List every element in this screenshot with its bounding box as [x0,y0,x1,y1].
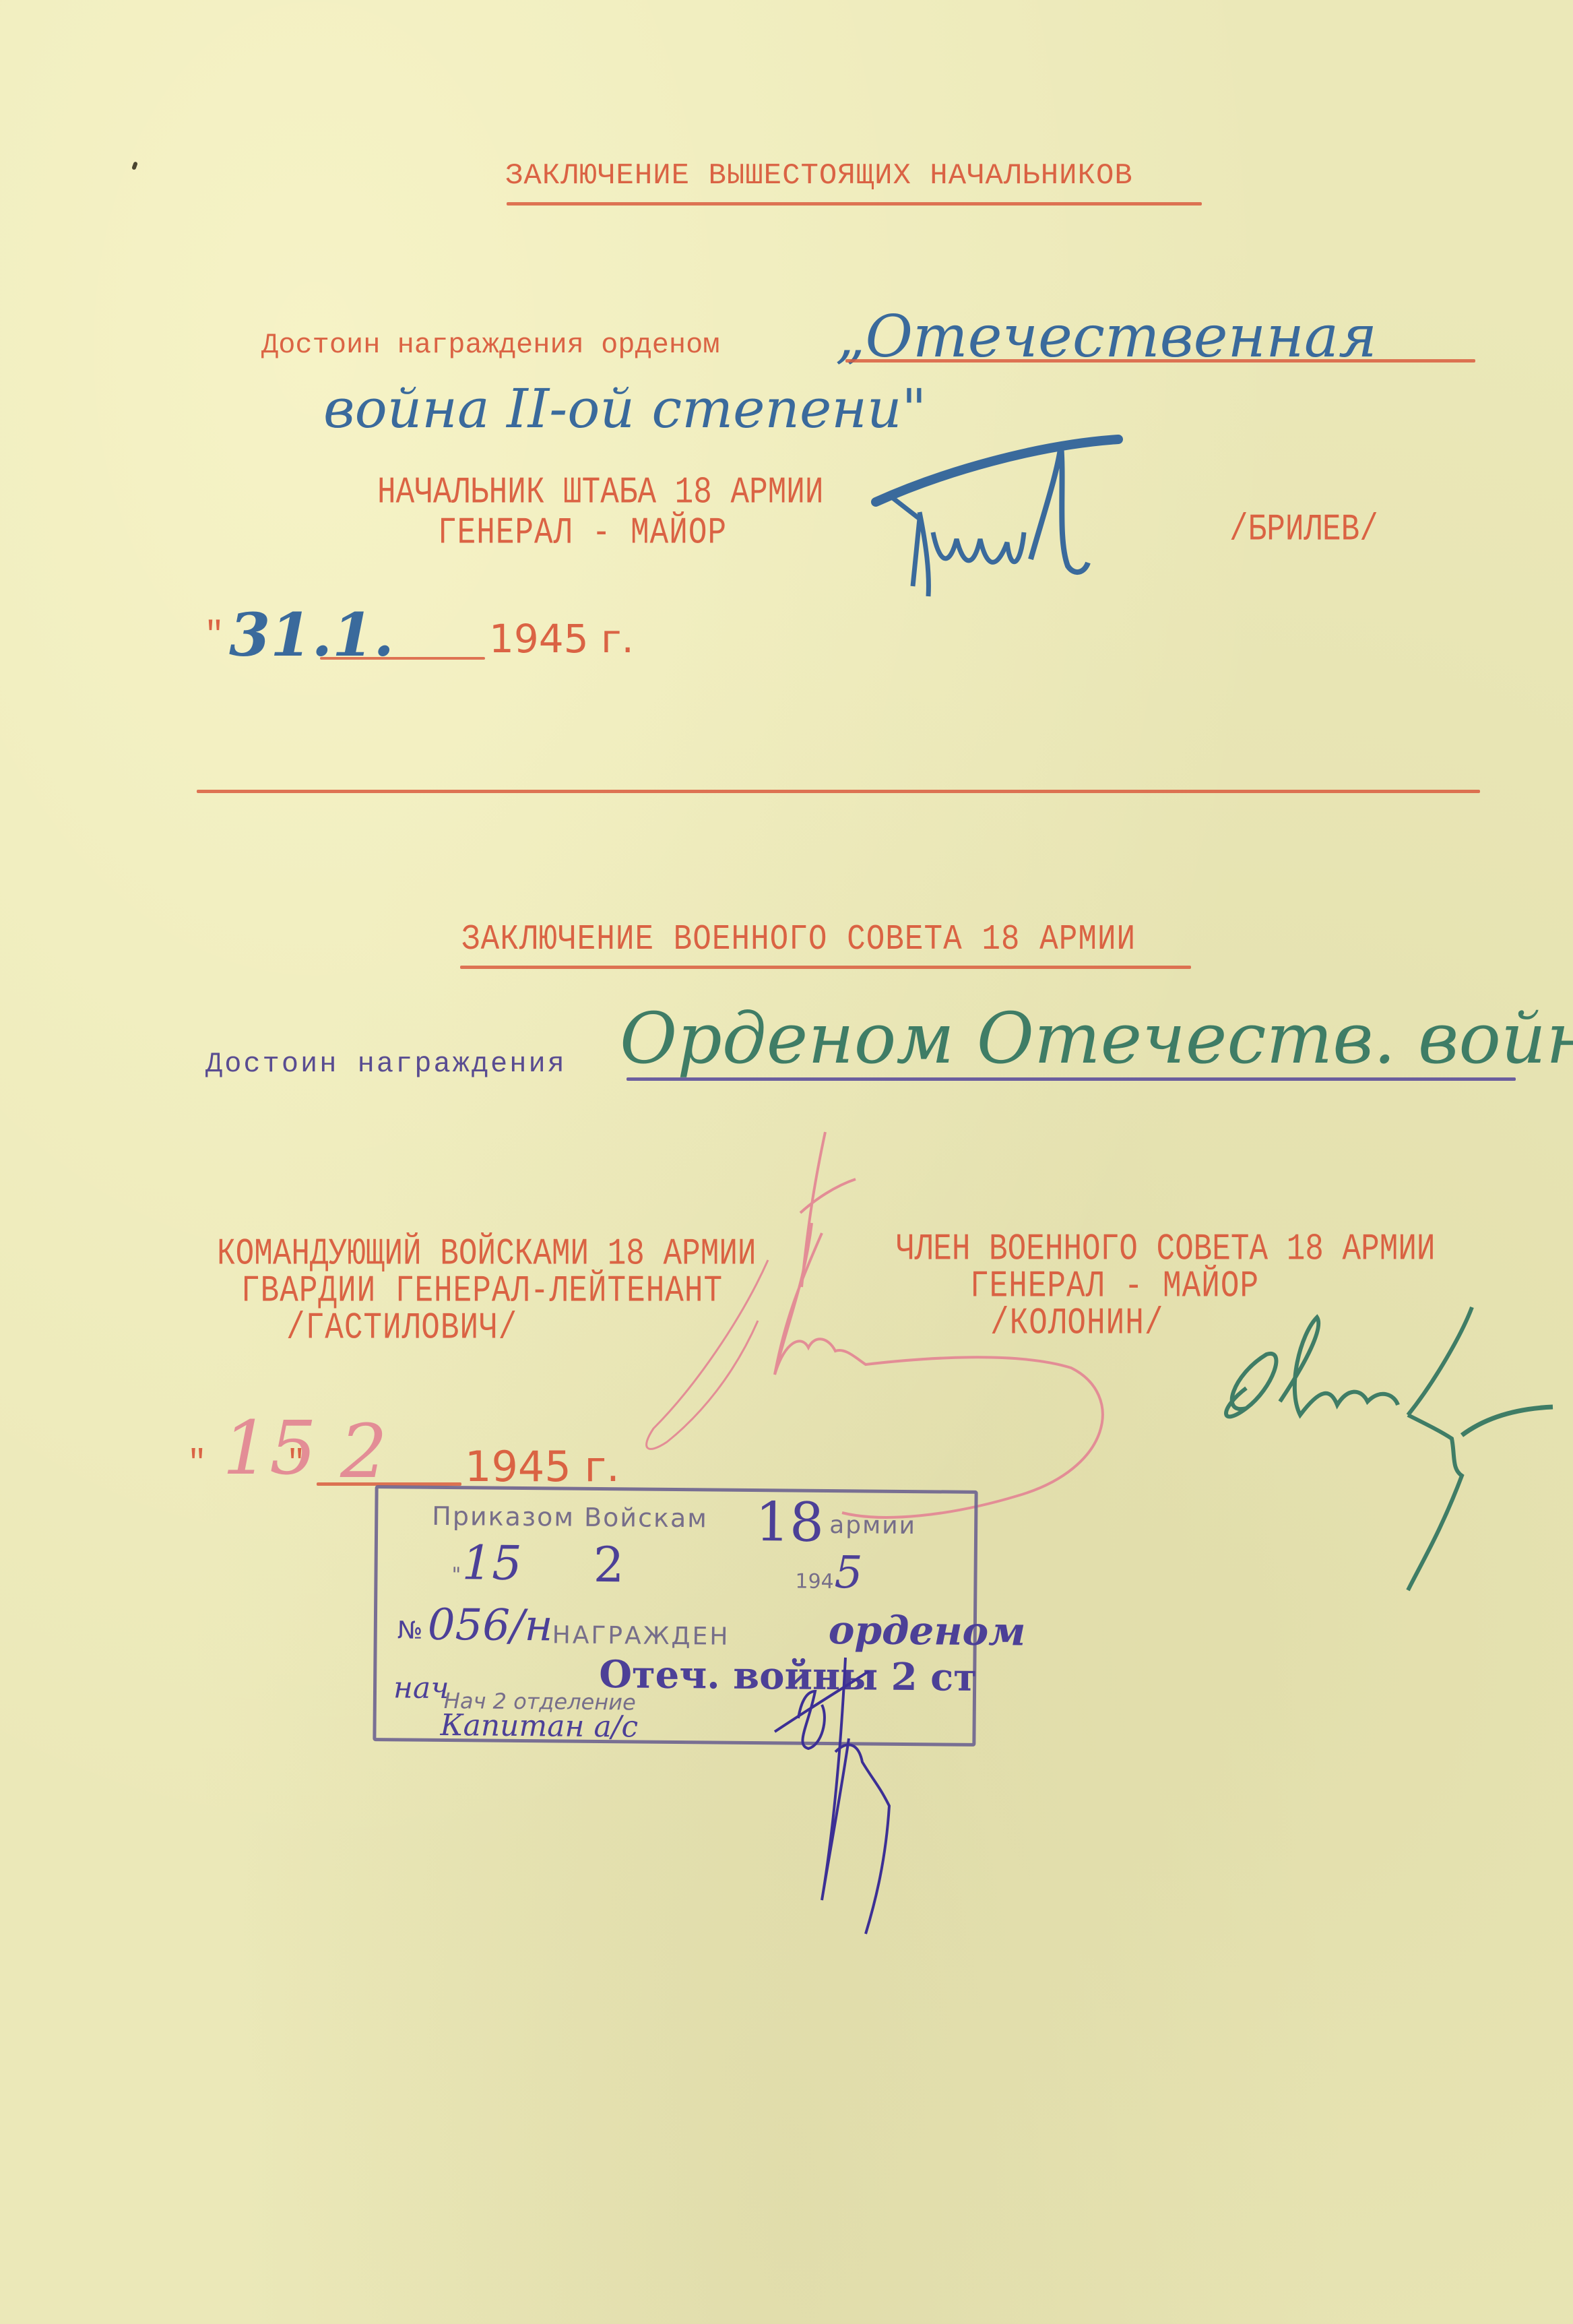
stamp-signature [734,1617,882,1941]
section1-signature-brilev [862,431,1213,606]
stamp-date-month: 2 [593,1536,624,1593]
section1-date-year: 1945 г. [489,616,634,662]
section2-date-quote-close: " [286,1445,307,1482]
stamp-awarded-label: НАГРАЖДЕН [552,1621,730,1650]
stamp-date-prefix: " [451,1563,461,1587]
stamp-date-year-printed: 194 [795,1570,834,1594]
section1-award-handwritten-line2: война II-ой степени" [323,377,926,440]
section1-signer-title-line2: ГЕНЕРАЛ - МАЙОР [438,512,727,554]
section1-heading-underline [507,202,1202,206]
section2-heading-underline [460,966,1191,969]
award-order-stamp: Приказом Войскам 18 армии " 15 2 194 5 №… [373,1485,977,1747]
paper-speck [131,161,138,170]
stamp-date-day: 15 [461,1535,522,1591]
commander-name: /ГАСТИЛОВИЧ/ [286,1307,517,1349]
section2-award-handwritten: Орденом Отечеств. войны 2 ст [620,997,1573,1079]
section2-award-underline [627,1077,1516,1081]
section2-date-month-handwritten: 2 [340,1408,387,1495]
stamp-army-number: 18 [755,1490,825,1554]
section1-signer-title-line1: НАЧАЛЬНИК ШТАБА 18 АРМИИ [377,472,824,513]
commander-signature-gastilovich [640,1119,1152,1550]
stamp-order-number-label: № [397,1616,423,1644]
stamp-order-label: Приказом Войскам [432,1501,708,1534]
section2-award-label: Достоин награждения [205,1048,567,1080]
section1-award-label: Достоин награждения орденом [261,329,720,361]
section2-date-quote-open: " [187,1445,208,1482]
stamp-rank: Капитан а/с [440,1708,638,1745]
stamp-army-suffix: армии [829,1511,916,1540]
section1-award-underline [845,359,1475,363]
document-page: { "section1": { "heading": "ЗАКЛЮЧЕНИЕ В… [0,0,1573,2324]
stamp-date-year-handwritten: 5 [834,1546,863,1598]
council-member-signature-kolonin [1206,1307,1573,1604]
stamp-order-number: 056/н [428,1600,554,1652]
section2-heading: ЗАКЛЮЧЕНИЕ ВОЕННОГО СОВЕТА 18 АРМИИ [461,919,1136,960]
stamp-chief-prefix: нач [393,1670,449,1705]
section2-date-year: 1945 г. [465,1442,620,1491]
section1-date-underline [320,657,485,660]
section1-signer-name: /БРИЛЕВ/ [1229,509,1378,551]
section-divider [197,790,1480,793]
section1-date-quote: " [204,617,226,655]
section1-heading: ЗАКЛЮЧЕНИЕ ВЫШЕСТОЯЩИХ НАЧАЛЬНИКОВ [505,159,1133,193]
